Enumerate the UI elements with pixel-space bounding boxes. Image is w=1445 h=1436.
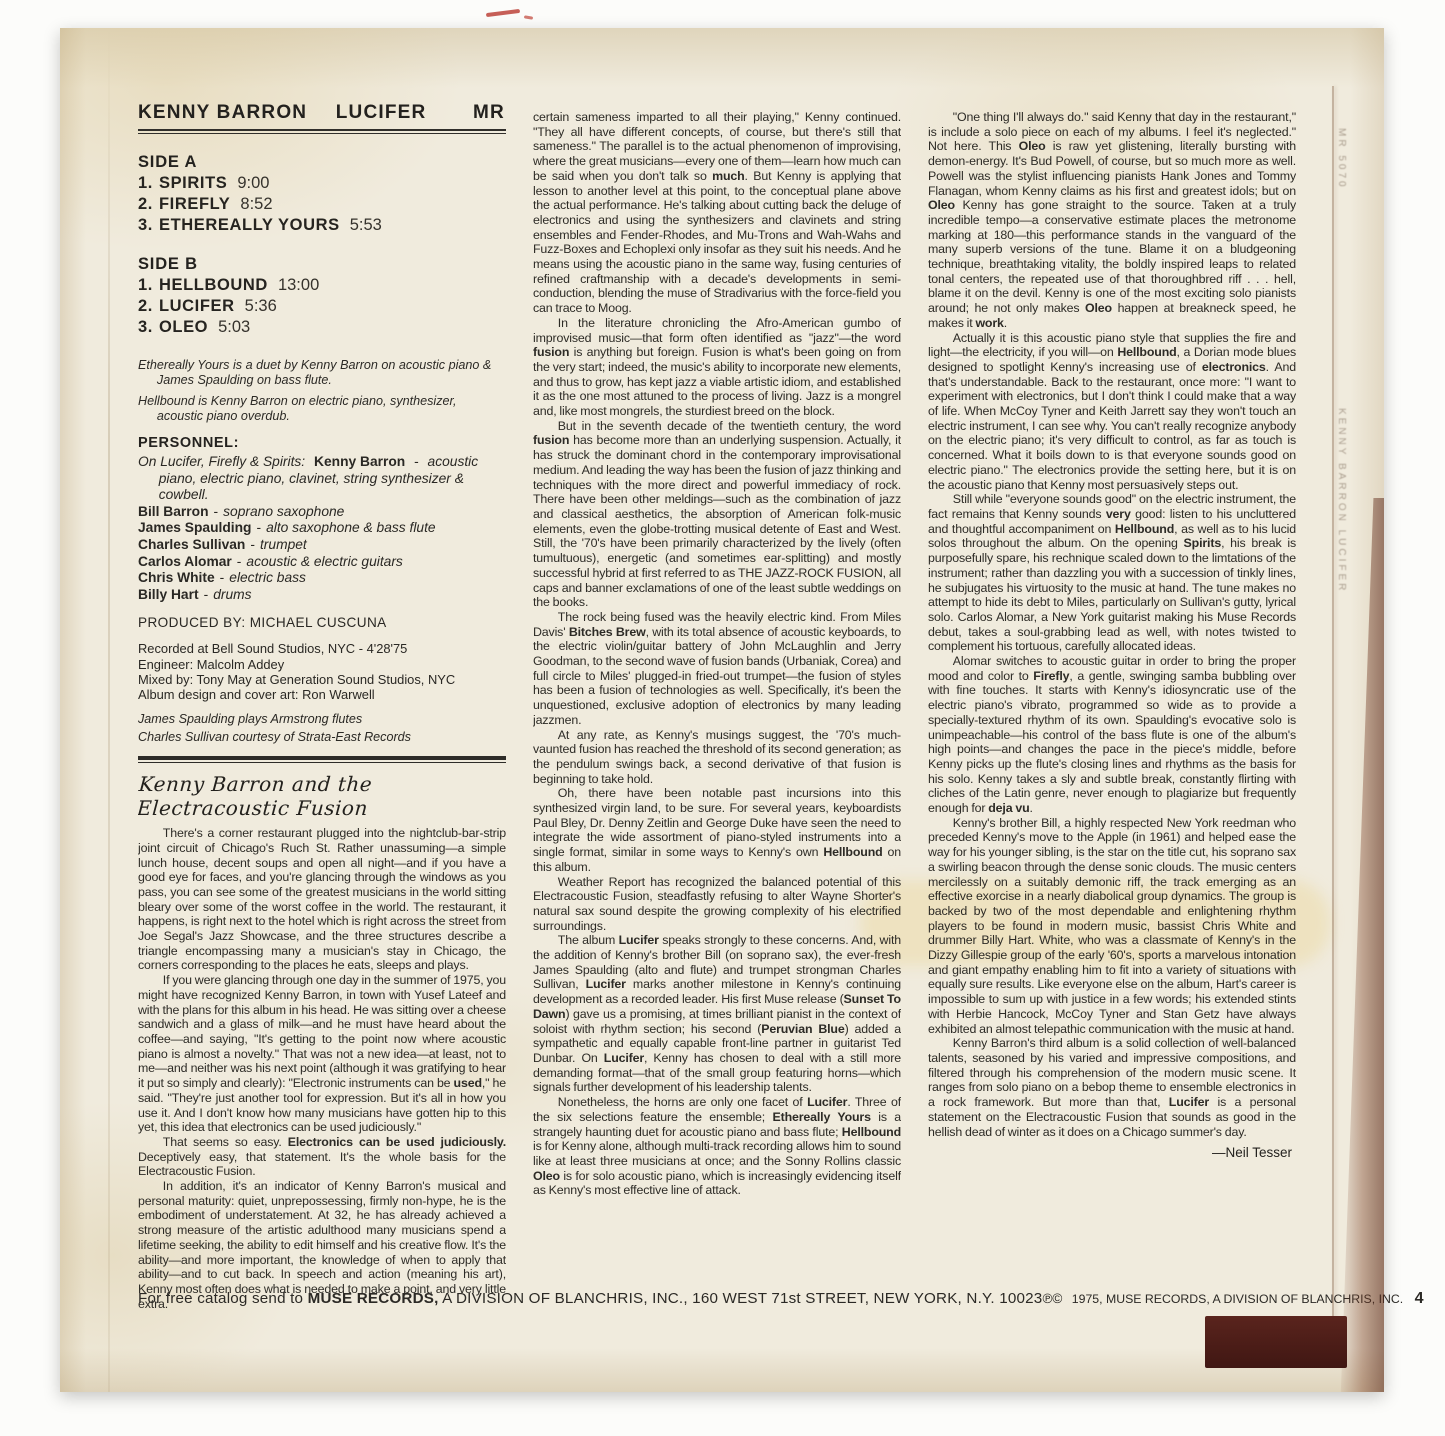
essay-paragraph: At any rate, as Kenny's musings suggest,… bbox=[533, 728, 901, 787]
text-line: Recorded at Bell Sound Studios, NYC - 4'… bbox=[138, 641, 506, 656]
essay-paragraph: Actually it is this acoustic piano style… bbox=[928, 331, 1296, 493]
title-divider-rule bbox=[138, 129, 506, 134]
courtesy-block: James Spaulding plays Armstrong flutesCh… bbox=[138, 712, 506, 745]
track-row: 3.ETHEREALLY YOURS5:53 bbox=[138, 215, 506, 236]
page-number: 4 bbox=[1415, 1290, 1424, 1307]
album-back-cover: KENNY BARRON LUCIFER MR 5070 SIDE A 1.SP… bbox=[60, 28, 1384, 1392]
credits-block: Recorded at Bell Sound Studios, NYC - 4'… bbox=[138, 641, 506, 702]
spine-title-text: KENNY BARRON LUCIFER bbox=[1336, 408, 1347, 593]
leader-prefix: On Lucifer, Firefly & Spirits: bbox=[138, 454, 305, 469]
essay-paragraph: There's a corner restaurant plugged into… bbox=[138, 826, 506, 973]
footer: For free catalog send to MUSE RECORDS, A… bbox=[138, 1290, 1346, 1308]
side-b-section: SIDE B 1.HELLBOUND13:002.LUCIFER5:363.OL… bbox=[138, 254, 506, 338]
produced-by-line: PRODUCED BY: MICHAEL CUSCUNA bbox=[138, 615, 506, 630]
cover-fold-line bbox=[1332, 86, 1334, 1330]
essay-paragraph: Kenny Barron's third album is a solid co… bbox=[928, 1036, 1296, 1139]
catalog-offer-line: For free catalog send to MUSE RECORDS, A… bbox=[138, 1290, 1042, 1307]
essay-paragraph: The rock being fused was the heavily ele… bbox=[533, 610, 901, 728]
essay-column-1: There's a corner restaurant plugged into… bbox=[138, 826, 506, 1310]
personnel-row: Chris White-electric bass bbox=[138, 570, 506, 587]
column-middle: certain sameness imparted to all their p… bbox=[533, 94, 901, 1318]
essay-byline: —Neil Tesser bbox=[928, 1145, 1292, 1160]
paper-crease bbox=[108, 28, 110, 1392]
phonogram-copyright-icon: ℗© bbox=[1042, 1291, 1062, 1306]
side-a-section: SIDE A 1.SPIRITS9:002.FIREFLY8:523.ETHER… bbox=[138, 152, 506, 236]
side-a-tracklist: 1.SPIRITS9:002.FIREFLY8:523.ETHEREALLY Y… bbox=[138, 173, 506, 236]
essay-column-2: certain sameness imparted to all their p… bbox=[533, 110, 901, 1198]
personnel-section: PERSONNEL: On Lucifer, Firefly & Spirits… bbox=[138, 435, 506, 603]
leader-name: Kenny Barron bbox=[314, 454, 405, 469]
track-note: Ethereally Yours is a duet by Kenny Barr… bbox=[138, 358, 506, 387]
text-line: James Spaulding plays Armstrong flutes bbox=[138, 712, 506, 727]
track-row: 1.HELLBOUND13:00 bbox=[138, 275, 506, 296]
red-pen-mark bbox=[486, 9, 520, 17]
text-line: Mixed by: Tony May at Generation Sound S… bbox=[138, 672, 506, 687]
personnel-leader-row: On Lucifer, Firefly & Spirits: Kenny Bar… bbox=[138, 454, 506, 504]
text-line: Engineer: Malcolm Addey bbox=[138, 657, 506, 672]
column-right: "One thing I'll always do." said Kenny t… bbox=[928, 94, 1296, 1318]
essay-paragraph: Still while "everyone sounds good" on th… bbox=[928, 492, 1296, 654]
track-row: 2.FIREFLY8:52 bbox=[138, 194, 506, 215]
track-notes: Ethereally Yours is a duet by Kenny Barr… bbox=[138, 358, 506, 423]
liner-notes: KENNY BARRON LUCIFER MR 5070 SIDE A 1.SP… bbox=[138, 94, 1296, 1318]
essay-paragraph: certain sameness imparted to all their p… bbox=[533, 110, 901, 316]
essay-heading: Kenny Barron and the Electracoustic Fusi… bbox=[138, 772, 506, 820]
album-title: LUCIFER bbox=[336, 102, 427, 123]
personnel-row: Charles Sullivan-trumpet bbox=[138, 537, 506, 554]
essay-paragraph: Alomar switches to acoustic guitar in or… bbox=[928, 654, 1296, 816]
track-row: 2.LUCIFER5:36 bbox=[138, 296, 506, 317]
personnel-members: Bill Barron-soprano saxophoneJames Spaul… bbox=[138, 504, 506, 604]
catalog-number: MR 5070 bbox=[473, 102, 506, 123]
personnel-row: Bill Barron-soprano saxophone bbox=[138, 504, 506, 521]
essay-paragraph: But in the seventh decade of the twentie… bbox=[533, 419, 901, 610]
essay-divider-rule bbox=[138, 756, 506, 763]
essay-paragraph: "One thing I'll always do." said Kenny t… bbox=[928, 110, 1296, 331]
side-b-label: SIDE B bbox=[138, 254, 506, 275]
personnel-row: Billy Hart-drums bbox=[138, 587, 506, 604]
essay-paragraph: In the literature chronicling the Afro-A… bbox=[533, 316, 901, 419]
track-row: 1.SPIRITS9:00 bbox=[138, 173, 506, 194]
artist-name: KENNY BARRON bbox=[138, 102, 307, 123]
text-line: Album design and cover art: Ron Warwell bbox=[138, 687, 506, 702]
essay-paragraph: That seems so easy. Electronics can be u… bbox=[138, 1135, 506, 1179]
side-b-tracklist: 1.HELLBOUND13:002.LUCIFER5:363.OLEO5:03 bbox=[138, 275, 506, 338]
track-note: Hellbound is Kenny Barron on electric pi… bbox=[138, 394, 506, 423]
essay-paragraph: Weather Report has recognized the balanc… bbox=[533, 875, 901, 934]
side-a-label: SIDE A bbox=[138, 152, 506, 173]
essay-column-3: "One thing I'll always do." said Kenny t… bbox=[928, 110, 1296, 1139]
spine-catalog-number: MR 5070 bbox=[1336, 128, 1347, 190]
track-row: 3.OLEO5:03 bbox=[138, 317, 506, 338]
album-title-row: KENNY BARRON LUCIFER MR 5070 bbox=[138, 102, 506, 124]
maroon-corner-patch bbox=[1205, 1316, 1347, 1368]
maroon-edge-strip bbox=[1336, 498, 1384, 1392]
essay-paragraph: Kenny's brother Bill, a highly respected… bbox=[928, 816, 1296, 1037]
column-left: KENNY BARRON LUCIFER MR 5070 SIDE A 1.SP… bbox=[138, 94, 506, 1310]
personnel-heading: PERSONNEL: bbox=[138, 435, 506, 451]
personnel-row: James Spaulding-alto saxophone & bass fl… bbox=[138, 520, 506, 537]
essay-paragraph: Nonetheless, the horns are only one face… bbox=[533, 1095, 901, 1198]
leader-separator: - bbox=[414, 454, 419, 469]
essay-paragraph: If you were glancing through one day in … bbox=[138, 973, 506, 1135]
personnel-row: Carlos Alomar-acoustic & electric guitar… bbox=[138, 554, 506, 571]
text-line: Charles Sullivan courtesy of Strata-East… bbox=[138, 730, 506, 745]
red-pen-mark-small bbox=[524, 15, 533, 20]
essay-paragraph: Oh, there have been notable past incursi… bbox=[533, 786, 901, 874]
essay-paragraph: The album Lucifer speaks strongly to the… bbox=[533, 933, 901, 1095]
